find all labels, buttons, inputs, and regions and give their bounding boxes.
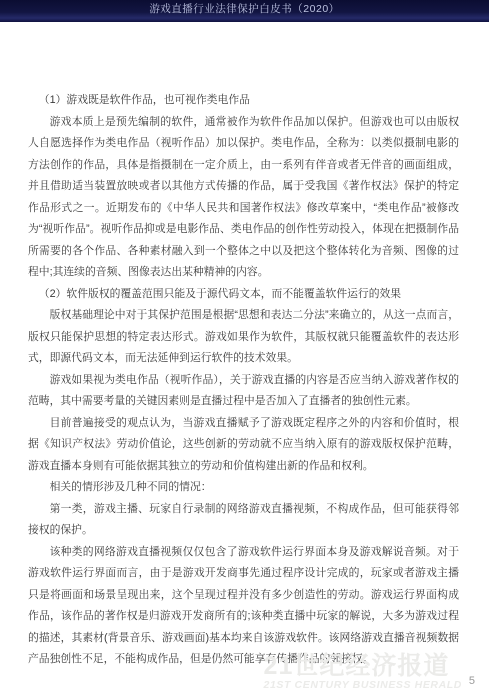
watermark: 21世纪经济报道 21ST CENTURY BUSINESS HERALD xyxy=(264,653,462,691)
paragraph: 第一类，游戏主播、玩家自行录制的网络游戏直播视频，不构成作品，但可能获得邻接权的… xyxy=(28,499,459,542)
paragraph: 游戏本质上是预先编制的软件，通常被作为软件作品加以保护。但游戏也可以由版权人自愿… xyxy=(28,112,459,284)
document-page: 游戏直播行业法律保护白皮书（2020） （1）游戏既是软件作品，也可视作类电作品… xyxy=(0,0,489,700)
section-heading: （1）游戏既是软件作品，也可视作类电作品 xyxy=(28,90,459,112)
document-title: 游戏直播行业法律保护白皮书（2020） xyxy=(149,4,339,18)
paragraph: 相关的情形涉及几种不同的情况： xyxy=(28,477,459,499)
document-body: （1）游戏既是软件作品，也可视作类电作品游戏本质上是预先编制的软件，通常被作为软… xyxy=(28,90,459,671)
paragraph: 版权基础理论中对于其保护范围是根据“思想和表达二分法”来确立的，从这一点而言，版… xyxy=(28,305,459,370)
section-heading: （2）软件版权的覆盖范围只能及于源代码文本，而不能覆盖软件运行的效果 xyxy=(28,284,459,306)
watermark-chinese-text: 21世纪经济报道 xyxy=(264,653,462,679)
watermark-english-text: 21ST CENTURY BUSINESS HERALD xyxy=(264,680,462,691)
page-number: 5 xyxy=(469,675,475,687)
page-header-bar: 游戏直播行业法律保护白皮书（2020） xyxy=(0,0,489,22)
paragraph: 目前普遍接受的观点认为，当游戏直播赋予了游戏既定程序之外的内容和价值时，根据《知… xyxy=(28,413,459,478)
paragraph: 游戏如果视为类电作品（视听作品），关于游戏直播的内容是否应当纳入游戏著作权的范畴… xyxy=(28,370,459,413)
